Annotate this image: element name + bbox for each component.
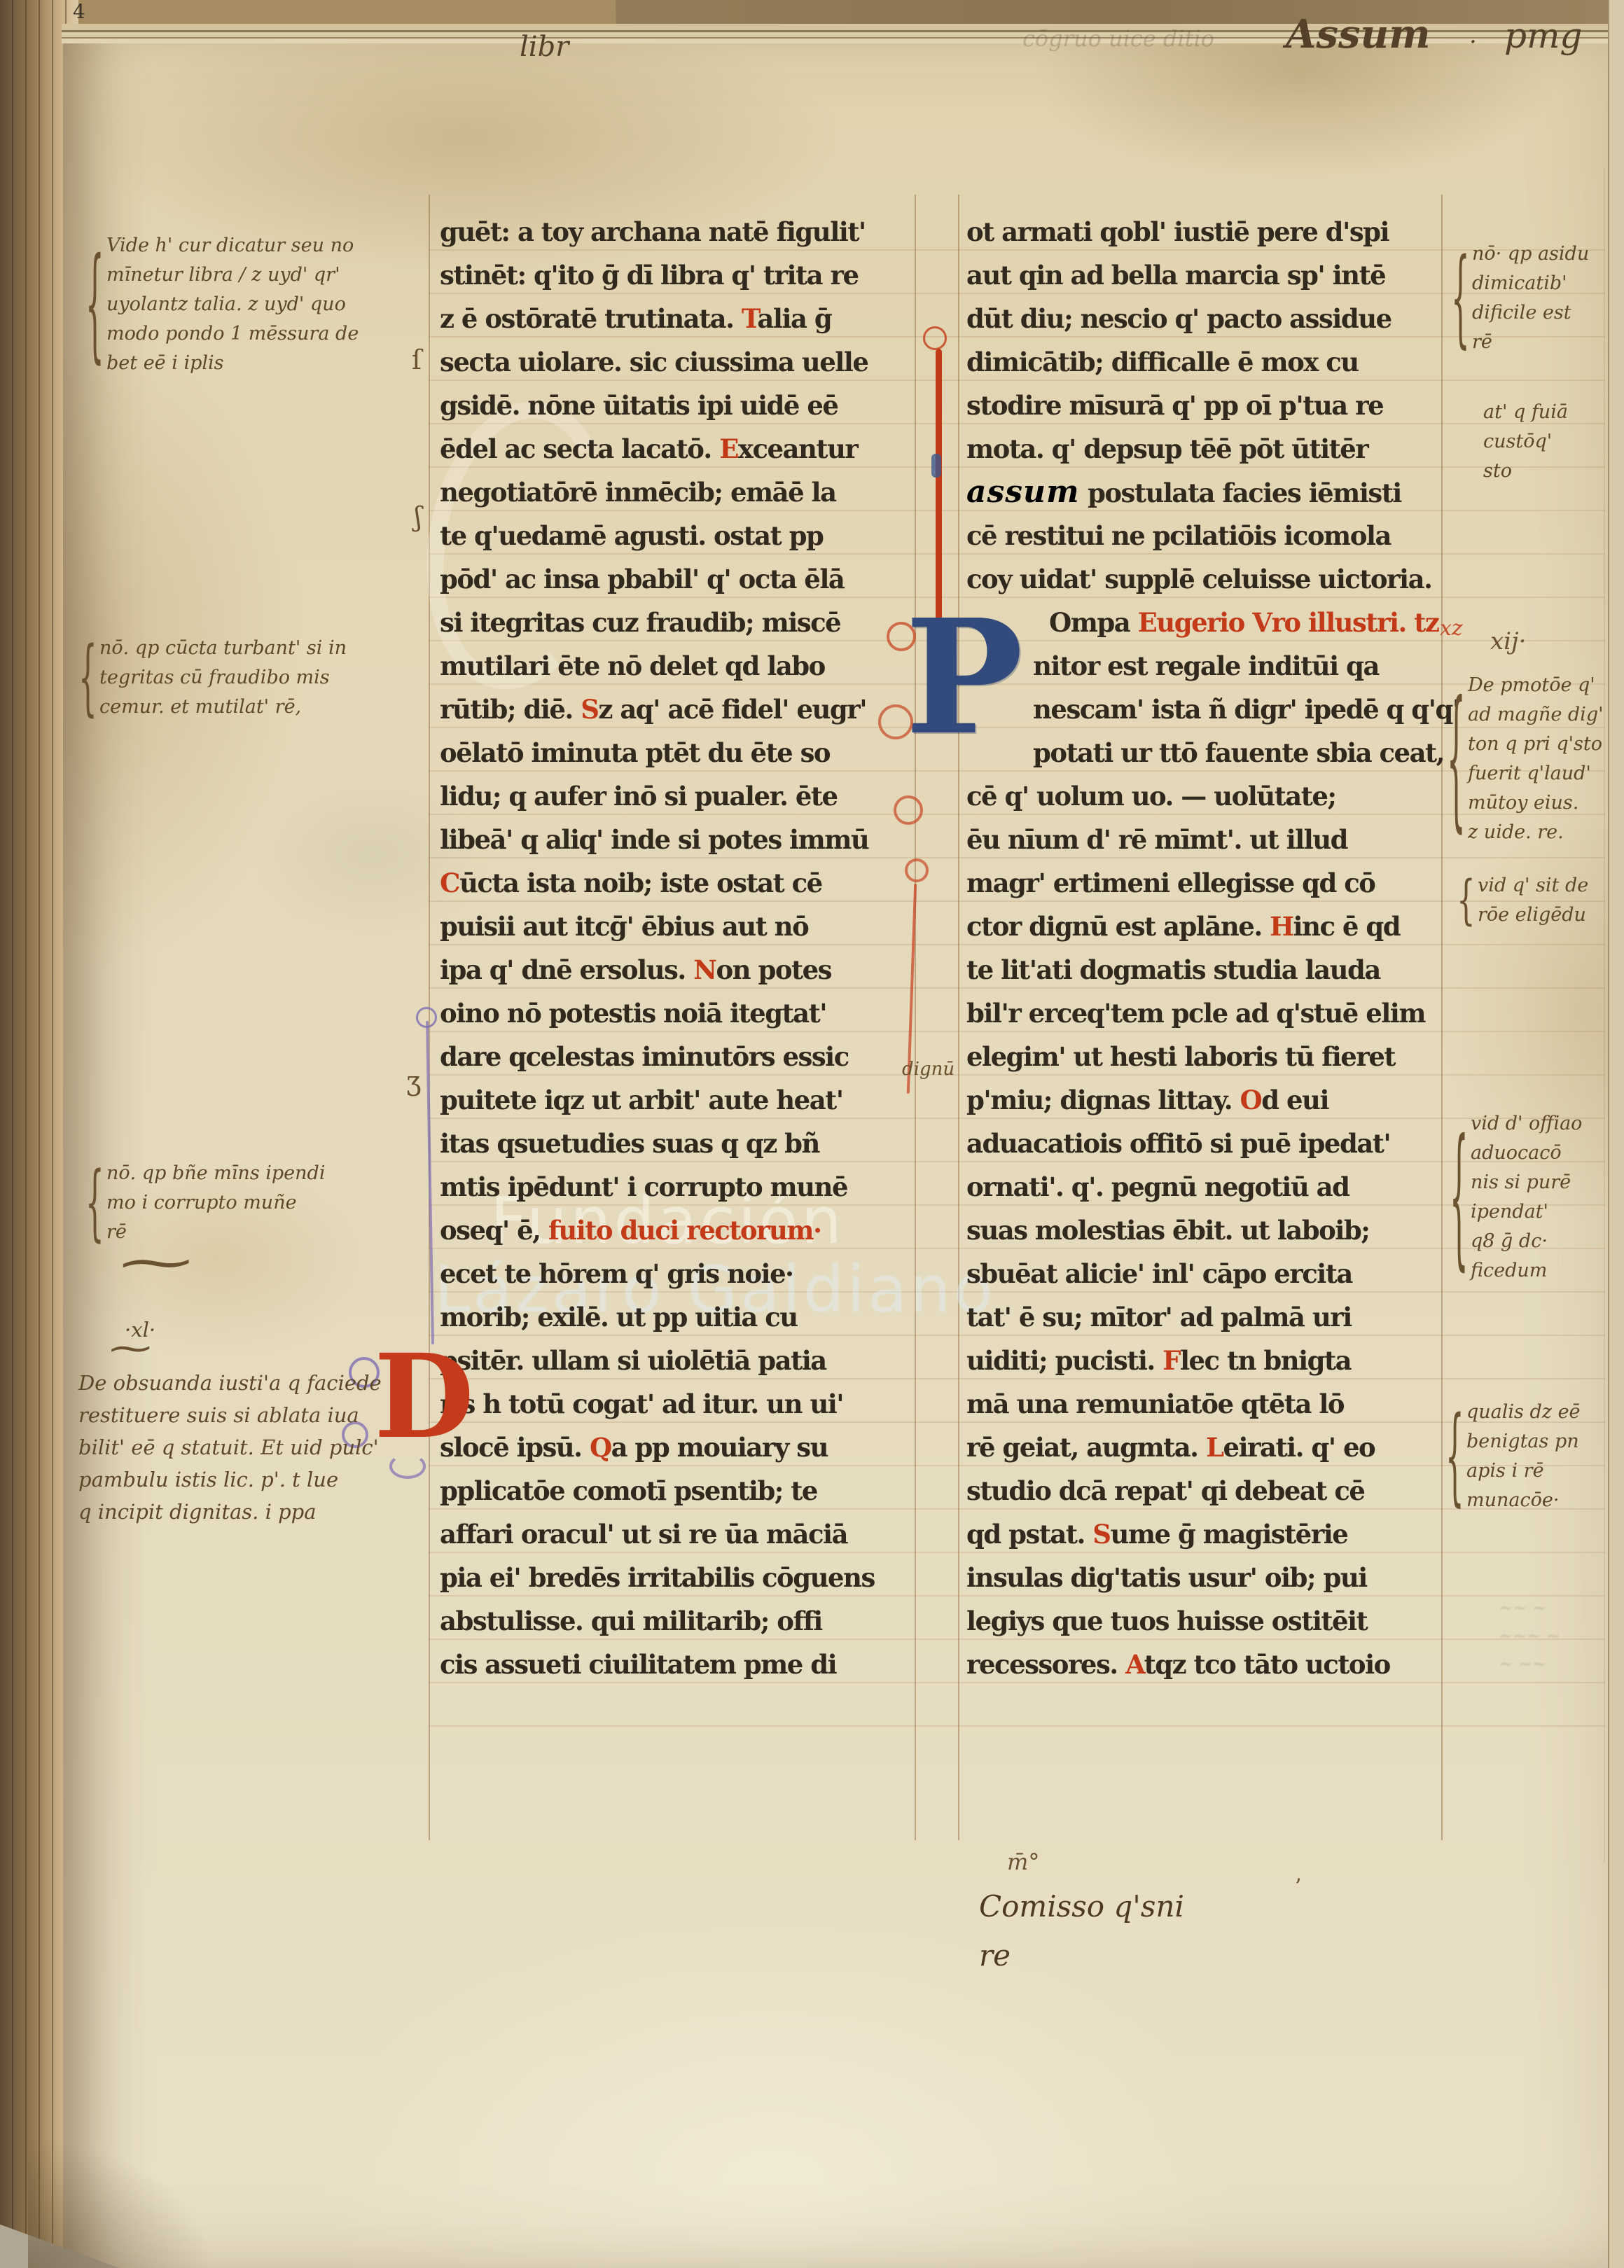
- manuscript-text-line: pia ei' bredēs irritabilis cōguens: [440, 1556, 923, 1599]
- margin-note-line: Vide h' cur dicatur seu no: [106, 231, 359, 260]
- red-scribble-mark: xz: [1440, 616, 1463, 641]
- manuscript-text-line: ris h totū cogat' ad itur. un ui': [440, 1382, 923, 1426]
- margin-note-line: ipendat': [1471, 1197, 1582, 1227]
- manuscript-text-line: studio dcā repat' qi debeat cē: [966, 1469, 1447, 1512]
- initial-D: D: [374, 1339, 474, 1454]
- filigree-curl-red: [894, 795, 923, 825]
- margin-note-line: ∼∼ ∼: [1499, 1594, 1560, 1622]
- annotation-brace: {: [78, 636, 97, 719]
- manuscript-text-line: itas qsuetudies suas q qz bñ: [440, 1122, 923, 1165]
- margin-note-line: mo i corrupto muñe: [106, 1188, 325, 1218]
- manuscript-text-line: dare qcelestas iminutōrs essic: [440, 1035, 923, 1078]
- manuscript-text-line: te lit'ati dogmatis studia lauda: [966, 948, 1447, 992]
- margin-note-line: tegritas cū fraudibo mis: [99, 663, 347, 693]
- margin-note-line: aduocacō: [1471, 1139, 1582, 1168]
- manuscript-text-line: puitete iqz ut arbit' aute heat': [440, 1078, 923, 1122]
- corner-number: 4: [73, 0, 85, 23]
- margin-note-line: q incipit dignitas. i ppa: [78, 1496, 382, 1528]
- manuscript-text-line: libeā' q aliq' inde si potes immū: [440, 818, 923, 861]
- margin-note-line: qualis dz eē: [1466, 1398, 1581, 1427]
- page-right-edge: [1608, 0, 1624, 2268]
- manuscript-text-line: legiys que tuos huisse ostitēit: [966, 1599, 1447, 1643]
- manuscript-text-line: nescam' ista ñ digr' ipedē q q'q': [966, 688, 1447, 731]
- vertical-rule: [958, 195, 959, 1840]
- annotation-brace: {: [85, 1162, 104, 1244]
- margin-note-line: bilit' eē q statuit. Et uid pulc': [78, 1431, 382, 1463]
- manuscript-text-line: cē q' uolum uo. — uolūtate;: [966, 774, 1447, 818]
- manuscript-text-line: rē geiat, augmta. Leirati. q' eo: [966, 1426, 1447, 1469]
- annotation-brace: {: [1445, 1403, 1464, 1509]
- margin-note-right-6: {qualis dz eēbenigtas pnapis i rēmunacōe…: [1466, 1398, 1581, 1515]
- manuscript-text-line: si itegritas cuz fraudib; miscē: [440, 601, 923, 644]
- filigree-curl-purple: [416, 1007, 437, 1028]
- penwork-bar-blue-accent: [931, 454, 941, 478]
- manuscript-text-line: ecet te hōrem q' gris noie·: [440, 1252, 923, 1295]
- filigree-curl-red: [905, 858, 929, 882]
- manuscript-text-line: mtis ipēdunt' i corrupto munē: [440, 1165, 923, 1209]
- manuscript-text-line: mota. q' depsup tēē pōt ūtitēr: [966, 427, 1447, 471]
- margin-note-line: Comisso q'sni: [979, 1882, 1184, 1931]
- margin-note-line: dificile est: [1472, 298, 1589, 328]
- manuscript-text-line: guēt: a toy archana natē figulit': [440, 210, 923, 253]
- manuscript-text-line: affari oracul' ut si re ūa māciā: [440, 1512, 923, 1556]
- manuscript-text-line: psitēr. ullam si uiolētiā patia: [440, 1339, 923, 1382]
- manuscript-text-line: qd pstat. Sume ḡ magistērie: [966, 1512, 1447, 1556]
- manuscript-text-line: suas molestias ēbit. ut laboib;: [966, 1209, 1447, 1252]
- manuscript-text-line: uiditi; pucisti. Flec tn bnigta: [966, 1339, 1447, 1382]
- margin-note-right-4: {vid q' sit derōe eligēdu: [1478, 871, 1588, 930]
- manuscript-text-line: aduacatiois offitō si puē ipedat': [966, 1122, 1447, 1165]
- intercolumn-gloss: dignū: [902, 1059, 955, 1080]
- manuscript-text-line: mutilari ēte nō delet qd labo: [440, 644, 923, 688]
- margin-note-line: ∼∼∼ ∼: [1499, 1622, 1560, 1650]
- text-column-1: guēt: a toy archana natē figulit'stinēt:…: [440, 210, 923, 1686]
- penwork-curl: [923, 326, 947, 350]
- bleedthrough-note: ∼∼ ∼∼∼∼ ∼∼ ∼∼: [1499, 1594, 1560, 1678]
- manuscript-text-line: nitor est regale inditūi qa: [966, 644, 1447, 688]
- margin-note-line: at' q fuiā: [1483, 398, 1568, 427]
- manuscript-text-line: stinēt: q'ito ḡ dī libra q' trita re: [440, 253, 923, 297]
- stray-tick-mark: ʼ: [1294, 1875, 1301, 1900]
- margin-note-line: uyolantz talia. z uyd' quo: [106, 290, 359, 319]
- margin-note-line: modo pondo 1 mēssura de: [106, 319, 359, 349]
- margin-note-line: vid d' offiao: [1471, 1109, 1582, 1139]
- page-curl-shadow: [28, 2122, 238, 2268]
- manuscript-text-line: ipa q' dnē ersolus. Non potes: [440, 948, 923, 992]
- manuscript-text-line: negotiatōrē inmēcib; emāē la: [440, 471, 923, 514]
- manuscript-text-line: ēu nīum d' rē mīmt'. ut illud: [966, 818, 1447, 861]
- manuscript-text-line: ot armati qobl' iustiē pere d'spi: [966, 210, 1447, 253]
- manuscript-text-line: dimicātib; difficalle ē mox cu: [966, 340, 1447, 384]
- manuscript-text-line: p'miu; dignas littay. Od eui: [966, 1078, 1447, 1122]
- margin-note-line: mīnetur libra / z uyd' qr': [106, 260, 359, 290]
- margin-note-line: ton q pri q'sto: [1468, 730, 1604, 759]
- margin-note-right-3: {De pmotōe q'ad magñe dig'ton q pri q'st…: [1468, 671, 1604, 847]
- manuscript-text-line: oino nō potestis noiā itegtat': [440, 992, 923, 1035]
- annotation-swash: ~: [105, 1329, 155, 1369]
- margin-note-line: apis i rē: [1466, 1456, 1581, 1486]
- margin-note-line: q8 ḡ dc·: [1471, 1227, 1582, 1256]
- running-title-left: libr: [520, 31, 569, 63]
- manuscript-text-line: aut qin ad bella marcia sp' intē: [966, 253, 1447, 297]
- margin-note-line: nō. qp cūcta turbant' si in: [99, 634, 347, 663]
- margin-note-right-2: at' q fuiācustōq'sto: [1483, 398, 1568, 486]
- manuscript-text-line: recessores. Atqz tco tāto uctoio: [966, 1643, 1447, 1686]
- filigree-curl-red: [887, 622, 916, 651]
- manuscript-text-line: z ē ostōratē trutinata. Talia ḡ: [440, 297, 923, 340]
- annotation-brace: {: [1457, 874, 1476, 927]
- margin-note-line: custōq': [1483, 427, 1568, 457]
- manuscript-text-line: rūtib; diē. Sz aq' acē fidel' eugr': [440, 688, 923, 731]
- margin-note-line: pambulu istis lic. p'. t lue: [78, 1463, 382, 1496]
- annotation-brace: {: [1450, 1121, 1469, 1274]
- paraph-flourish: ſ: [412, 345, 422, 375]
- margin-note-line: ∼ ∼∼: [1499, 1650, 1560, 1678]
- margin-note-line: rē: [1472, 328, 1589, 357]
- manuscript-text-line: gsidē. nōne ūitatis ipi uidē eē: [440, 384, 923, 427]
- manuscript-text-line: cē restitui ne pcilatiōis icomola: [966, 514, 1447, 557]
- manuscript-text-line: slocē ipsū. Qa pp mouiary su: [440, 1426, 923, 1469]
- margin-note-line: munacōe·: [1466, 1486, 1581, 1515]
- bottom-annotation: Comisso q'snire: [979, 1882, 1184, 1980]
- initial-P: P: [905, 599, 1023, 757]
- manuscript-text-line: Ompa Eugerio Vro illustri. tz: [966, 601, 1447, 644]
- margin-note-right-5: {vid d' offiaoaduocacōnis si purēipendat…: [1471, 1109, 1582, 1286]
- manuscript-text-line: bil'r erceq'tem pcle ad q'stuē elim: [966, 992, 1447, 1035]
- margin-note-line: z uide. re.: [1468, 818, 1604, 847]
- margin-note-line: ficedum: [1471, 1256, 1582, 1286]
- annotation-swash: ~: [112, 1234, 200, 1292]
- margin-note-line: restituere suis si ablata iua: [78, 1399, 382, 1431]
- manuscript-text-line: puisii aut itcḡ' ēbius aut nō: [440, 905, 923, 948]
- manuscript-text-line: pōd' ac insa pbabil' q' octa ēlā: [440, 557, 923, 601]
- annotation-brace: {: [1451, 245, 1470, 351]
- manuscript-text-line: elegim' ut hesti laboris tū fieret: [966, 1035, 1447, 1078]
- manuscript-text-line: coy uidat' supplē celuisse uictoria.: [966, 557, 1447, 601]
- margin-note-line: sto: [1483, 457, 1568, 486]
- paraph-flourish: ʒ: [406, 1066, 421, 1097]
- manuscript-text-line: dūt diu; nescio q' pacto assidue: [966, 297, 1447, 340]
- margin-note-line: fuerit q'laud': [1468, 759, 1604, 788]
- manuscript-text-line: te q'uedamē agusti. ostat pp: [440, 514, 923, 557]
- manuscript-text-line: potati ur ttō fauente sbia ceat,: [966, 731, 1447, 774]
- text-column-2: ot armati qobl' iustiē pere d'spiaut qin…: [966, 210, 1447, 1686]
- manuscript-text-line: magr' ertimeni ellegisse qd cō: [966, 861, 1447, 905]
- manuscript-text-line: tat' ē su; mītor' ad palmā uri: [966, 1295, 1447, 1339]
- manuscript-text-line: ctor dignū est aplāne. Hinc ē qd: [966, 905, 1447, 948]
- manuscript-text-line: ēdel ac secta lacatō. Exceantur: [440, 427, 923, 471]
- vertical-rule: [1604, 168, 1605, 1863]
- margin-note-line: nō· qp asidu: [1472, 239, 1589, 269]
- margin-note-line: vid q' sit de: [1478, 871, 1588, 900]
- manuscript-text-line: secta uiolare. sic ciussima uelle: [440, 340, 923, 384]
- margin-note-line: nis si purē: [1471, 1168, 1582, 1197]
- margin-note-line: benigtas pn: [1466, 1427, 1581, 1456]
- filigree-curl-purple: [389, 1454, 426, 1479]
- margin-note-line: ad magñe dig': [1468, 700, 1604, 730]
- margin-note-right-1: {nō· qp asidudimicatib'dificile estrē: [1472, 239, 1589, 357]
- manuscript-text-line: abstulisse. qui militarib; offi: [440, 1599, 923, 1643]
- manuscript-text-line: mā una remuniatōe qtēta lō: [966, 1382, 1447, 1426]
- bottom-annotation-mark: m̄°: [1007, 1849, 1039, 1875]
- margin-note-line: De obsuanda iusti'a q faciede: [78, 1367, 382, 1399]
- manuscript-text-line: oseq' ē, fuito duci rectorum·: [440, 1209, 923, 1252]
- running-title-right: pmg: [1504, 15, 1582, 56]
- annotation-brace: {: [1447, 683, 1466, 835]
- manuscript-text-line: stodire mīsurā q' pp oī p'tua re: [966, 384, 1447, 427]
- manuscript-text-line: oēlatō iminuta ptēt du ēte so: [440, 731, 923, 774]
- filigree-curl-red: [878, 704, 913, 739]
- manuscript-text-line: sbuēat alicie' inl' cāpo ercita: [966, 1252, 1447, 1295]
- margin-note-line: De pmotōe q': [1468, 671, 1604, 700]
- running-title-dot: ·: [1469, 28, 1477, 56]
- manuscript-text-line: cis assueti ciuilitatem pme di: [440, 1643, 923, 1686]
- annotation-brace: {: [85, 243, 104, 366]
- margin-note-line: re: [979, 1931, 1184, 1980]
- manuscript-text-line: assum postulata facies iēmisti: [966, 471, 1447, 514]
- manuscript-text-line: Cūcta ista noib; iste ostat cē: [440, 861, 923, 905]
- running-title-center: Assum: [1286, 11, 1430, 57]
- manuscript-text-line: lidu; q aufer inō si pualer. ēte: [440, 774, 923, 818]
- manuscript-text-line: insulas dig'tatis usur' oib; pui: [966, 1556, 1447, 1599]
- margin-note-line: nō. qp bñe mīns ipendi: [106, 1159, 325, 1188]
- margin-note-line: cemur. et mutilat' rē,: [99, 693, 347, 722]
- margin-note-left-4: De obsuanda iusti'a q faciederestituere …: [78, 1367, 382, 1528]
- margin-chapter-number: xij·: [1490, 627, 1526, 655]
- manuscript-text-line: pplicatōe comotī psentib; te: [440, 1469, 923, 1512]
- margin-note-line: mūtoy eius.: [1468, 788, 1604, 818]
- margin-note-line: bet eē i iplis: [106, 349, 359, 378]
- manuscript-photo: Fundación Lázaro Galdiano 4 libr cōgruo …: [0, 0, 1624, 2268]
- paraph-flourish: ʃ: [415, 501, 422, 532]
- manuscript-text-line: morib; exilē. ut pp uitia cu: [440, 1295, 923, 1339]
- margin-note-line: dimicatib': [1472, 269, 1589, 298]
- running-title-faded: cōgruo uice ditio: [1022, 25, 1214, 52]
- margin-note-line: rōe eligēdu: [1478, 900, 1588, 930]
- manuscript-text-line: ornati'. q'. pegnū negotiū ad: [966, 1165, 1447, 1209]
- margin-note-left-1: {Vide h' cur dicatur seu nomīnetur libra…: [106, 231, 359, 378]
- margin-note-left-2: {nō. qp cūcta turbant' si integritas cū …: [99, 634, 347, 722]
